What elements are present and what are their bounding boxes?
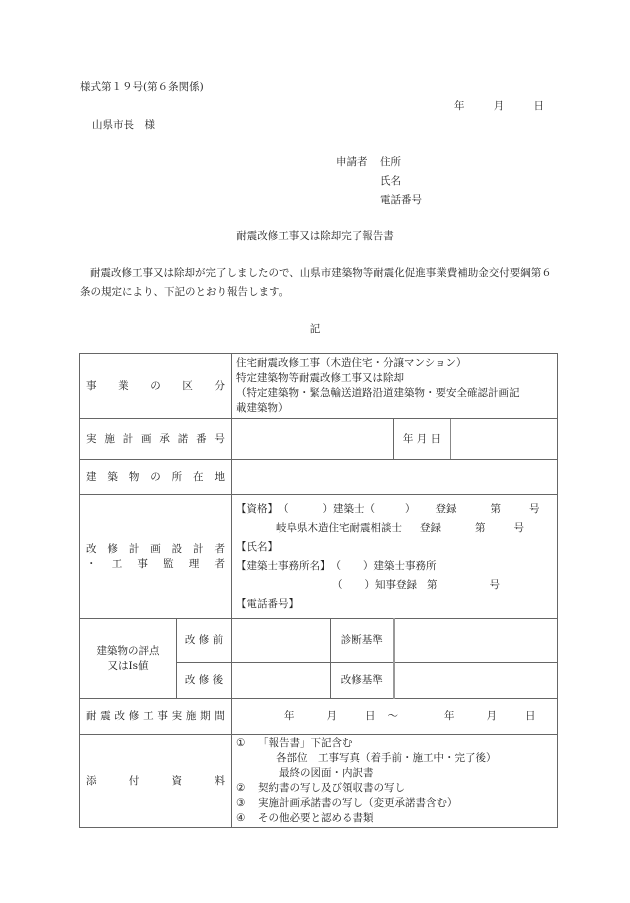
row-location: 建築物の所在地	[80, 460, 558, 495]
applicant-phone-label: 電話番号	[380, 191, 422, 210]
body-paragraph: 耐震改修工事又は除却が完了しましたので、山県市建築物等耐震化促進事業費補助金交付…	[80, 264, 558, 302]
designer-label: 改修計画設計者 ・工事監理者	[80, 495, 232, 619]
retrofit-standard-label: 改修基準	[331, 663, 394, 699]
attachment-item-1b: 最終の図面・内訳書	[236, 766, 553, 781]
report-table: 事業の区分 住宅耐震改修工事（木造住宅・分譲マンション） 特定建築物等耐震改修工…	[79, 353, 558, 828]
attachment-item-1a: 各部位 工事写真（着手前・施工中・完了後）	[236, 751, 553, 766]
attachment-item-4: ④その他必要と認める書類	[236, 811, 553, 826]
approval-number-field[interactable]	[232, 419, 394, 460]
location-field[interactable]	[232, 460, 558, 495]
office-line-2: （ ）知事登録 第 号	[236, 576, 553, 595]
diagnosis-standard-label: 診断基準	[331, 619, 394, 663]
before-label: 改 修 前	[177, 619, 232, 663]
attachments-list: ①「報告書」下記含む 各部位 工事写真（着手前・施工中・完了後） 最終の図面・内…	[232, 735, 558, 828]
after-label: 改 修 後	[177, 663, 232, 699]
location-label: 建築物の所在地	[80, 460, 232, 495]
option-housing[interactable]: 住宅耐震改修工事（木造住宅・分譲マンション）	[236, 356, 553, 371]
month-label: 月	[494, 98, 505, 113]
retrofit-standard-field[interactable]	[394, 663, 558, 699]
approval-number-label: 実施計画承諾番号	[80, 419, 232, 460]
ki-heading: 記	[0, 321, 630, 336]
row-designer: 改修計画設計者 ・工事監理者 【資格】 （ ）建築士（ ） 登録 第 号	[80, 495, 558, 619]
business-category-options[interactable]: 住宅耐震改修工事（木造住宅・分譲マンション） 特定建築物等耐震改修工事又は除却 …	[232, 354, 558, 419]
year-label: 年	[454, 98, 465, 113]
designer-name-line: 【氏名】	[236, 538, 553, 557]
row-rating-before: 建築物の評点 又はIs値 改 修 前 診断基準	[80, 619, 558, 663]
rating-label: 建築物の評点 又はIs値	[80, 619, 177, 699]
attachment-item-1: ①「報告書」下記含む	[236, 736, 553, 751]
approval-date-field[interactable]	[451, 419, 557, 459]
approval-date-label: 年 月 日	[394, 419, 451, 459]
option-specific-building[interactable]: 特定建築物等耐震改修工事又は除却	[236, 371, 553, 386]
phone-line: 【電話番号】	[236, 595, 553, 614]
applicant-block: 申請者住所 氏名 電話番号	[336, 153, 422, 210]
qualification-line-2: 岐阜県木造住宅耐震相談士 登録 第 号	[236, 519, 553, 538]
designer-details: 【資格】 （ ）建築士（ ） 登録 第 号 岐阜県木造住宅耐震相談士 登録 第	[232, 495, 558, 619]
addressee: 山県市長 様	[92, 117, 155, 132]
business-category-label: 事業の区分	[80, 354, 232, 419]
before-value-field[interactable]	[232, 619, 331, 663]
office-line-1: 【建築士事務所名】 （ ）建築士事務所	[236, 557, 553, 576]
row-business-category: 事業の区分 住宅耐震改修工事（木造住宅・分譲マンション） 特定建築物等耐震改修工…	[80, 354, 558, 419]
applicant-label: 申請者	[336, 153, 380, 172]
form-number: 様式第１９号(第６条関係)	[80, 79, 204, 94]
day-label: 日	[534, 98, 545, 113]
document-title: 耐震改修工事又は除却完了報告書	[0, 228, 630, 243]
row-approval-number: 実施計画承諾番号 年 月 日	[80, 419, 558, 460]
applicant-name-label: 氏名	[380, 172, 401, 191]
qualification-line-1: 【資格】 （ ）建築士（ ） 登録 第 号	[236, 500, 553, 519]
period-field[interactable]: 年 月 日 ～ 年 月 日	[232, 699, 558, 735]
after-value-field[interactable]	[232, 663, 331, 699]
attachment-item-2: ②契約書の写し及び領収書の写し	[236, 781, 553, 796]
attachments-label: 添付資料	[80, 735, 232, 828]
row-period: 耐震改修工事実施期間 年 月 日 ～ 年 月 日	[80, 699, 558, 735]
attachment-item-3: ③実施計画承諾書の写し（変更承諾書含む）	[236, 796, 553, 811]
submission-date: 年 月 日	[454, 98, 544, 113]
applicant-address-label: 住所	[380, 153, 401, 172]
period-label: 耐震改修工事実施期間	[80, 699, 232, 735]
row-attachments: 添付資料 ①「報告書」下記含む 各部位 工事写真（着手前・施工中・完了後） 最終…	[80, 735, 558, 828]
diagnosis-standard-field[interactable]	[394, 619, 558, 663]
